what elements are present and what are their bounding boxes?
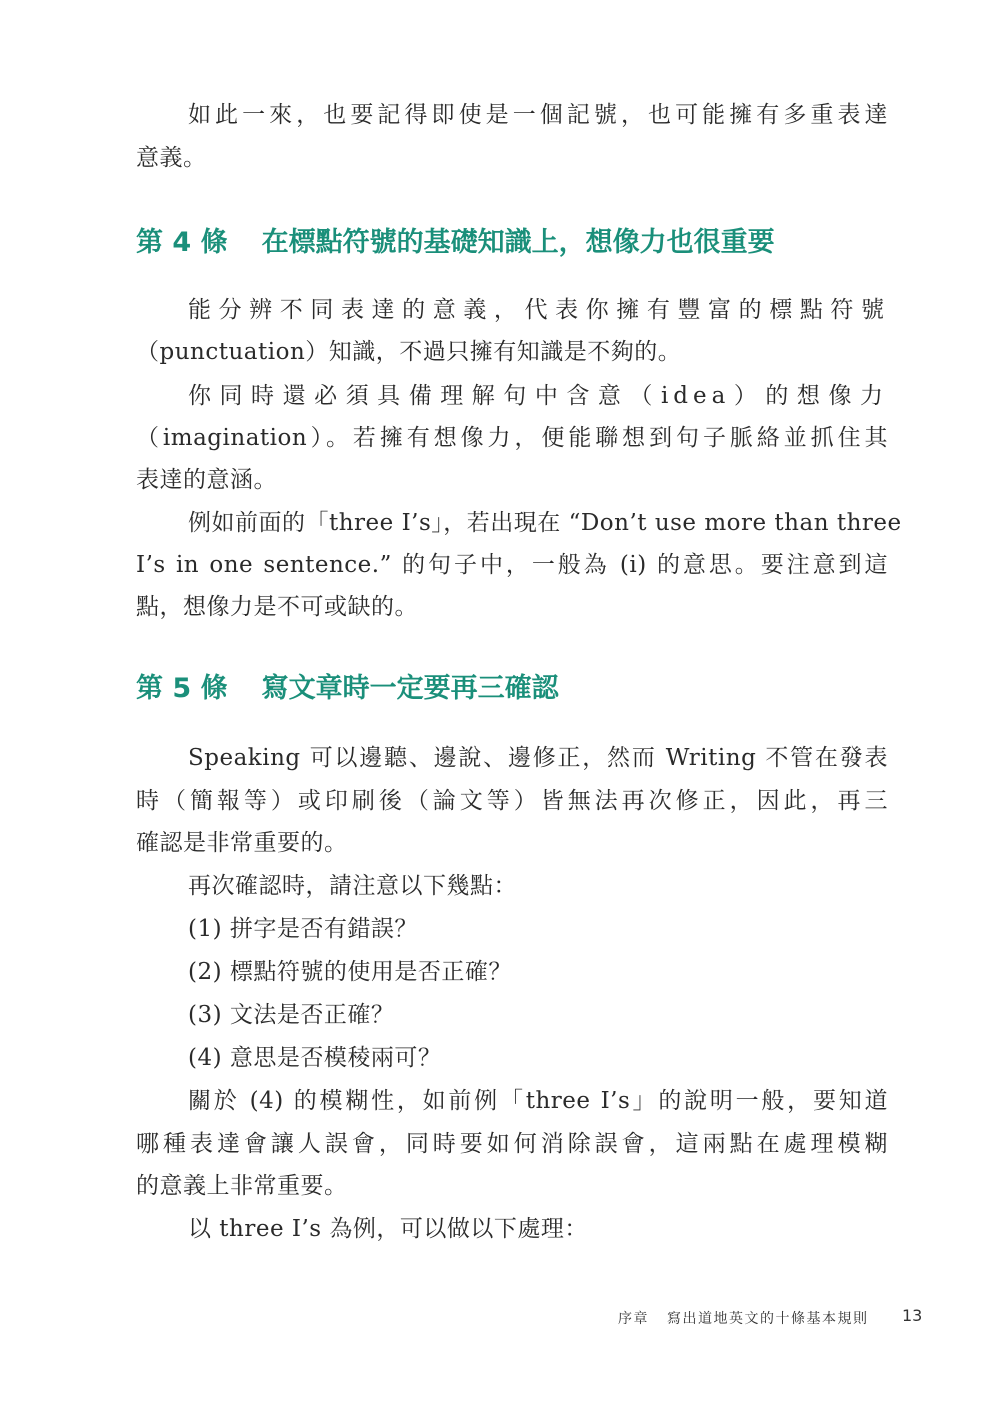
section-4-title: 在標點符號的基礎知識上，想像力也很重要 bbox=[262, 227, 775, 258]
s4-p3-line-3: 點，想像力是不可或缺的。 bbox=[136, 592, 888, 622]
s5-p1-line-2: 時（簡報等）或印刷後（論文等）皆無法再次修正，因此，再三 bbox=[136, 786, 888, 816]
s4-p2-line-2: （imagination）。若擁有想像力，便能聯想到句子脈絡並抓住其 bbox=[136, 423, 888, 453]
intro-line-2: 意義。 bbox=[136, 143, 888, 173]
section-5-title: 寫文章時一定要再三確認 bbox=[262, 673, 559, 704]
checklist-item-2: (2) 標點符號的使用是否正確？ bbox=[188, 957, 888, 987]
s5-p1-line-3: 確認是非常重要的。 bbox=[136, 828, 888, 858]
section-4-heading: 第 4 條在標點符號的基礎知識上，想像力也很重要 bbox=[136, 226, 775, 260]
s5-p2-line-1: 再次確認時，請注意以下幾點： bbox=[188, 871, 888, 901]
s4-p3-line-1: 例如前面的「three I’s」，若出現在 “Don’t use more th… bbox=[188, 508, 888, 538]
footer-chapter: 序章 bbox=[618, 1311, 649, 1327]
checklist-item-3: (3) 文法是否正確？ bbox=[188, 1000, 888, 1030]
s4-p1-line-1: 能分辨不同表達的意義，代表你擁有豐富的標點符號 bbox=[188, 295, 888, 325]
s4-p2-line-3: 表達的意涵。 bbox=[136, 465, 888, 495]
s4-p3-line-2: I’s in one sentence.” 的句子中，一般為 (i) 的意思。要… bbox=[136, 550, 888, 580]
section-5-number: 第 5 條 bbox=[136, 673, 228, 704]
s5-closing-line-1: 關於 (4) 的模糊性，如前例「three I’s」的說明一般，要知道 bbox=[188, 1086, 888, 1116]
checklist-item-1: (1) 拼字是否有錯誤？ bbox=[188, 914, 888, 944]
checklist-item-4: (4) 意思是否模稜兩可？ bbox=[188, 1043, 888, 1073]
footer-book-title: 寫出道地英文的十條基本規則 bbox=[667, 1311, 869, 1327]
running-footer: 序章寫出道地英文的十條基本規則 bbox=[618, 1308, 869, 1328]
section-4-number: 第 4 條 bbox=[136, 227, 228, 258]
intro-line-1: 如此一來，也要記得即使是一個記號，也可能擁有多重表達 bbox=[188, 100, 888, 130]
book-page: 如此一來，也要記得即使是一個記號，也可能擁有多重表達 意義。 第 4 條在標點符… bbox=[0, 0, 1000, 1416]
section-5-heading: 第 5 條寫文章時一定要再三確認 bbox=[136, 672, 559, 706]
s5-p1-line-1: Speaking 可以邊聽、邊說、邊修正，然而 Writing 不管在發表 bbox=[188, 743, 888, 773]
s5-closing-line-2: 哪種表達會讓人誤會，同時要如何消除誤會，這兩點在處理模糊 bbox=[136, 1129, 888, 1159]
s5-closing-line-3: 的意義上非常重要。 bbox=[136, 1171, 888, 1201]
s5-closing-line-4: 以 three I’s 為例，可以做以下處理： bbox=[188, 1214, 888, 1244]
s4-p1-line-2: （punctuation）知識，不過只擁有知識是不夠的。 bbox=[136, 337, 888, 367]
page-number: 13 bbox=[902, 1306, 922, 1325]
s4-p2-line-1: 你同時還必須具備理解句中含意（idea）的想像力 bbox=[188, 381, 888, 411]
